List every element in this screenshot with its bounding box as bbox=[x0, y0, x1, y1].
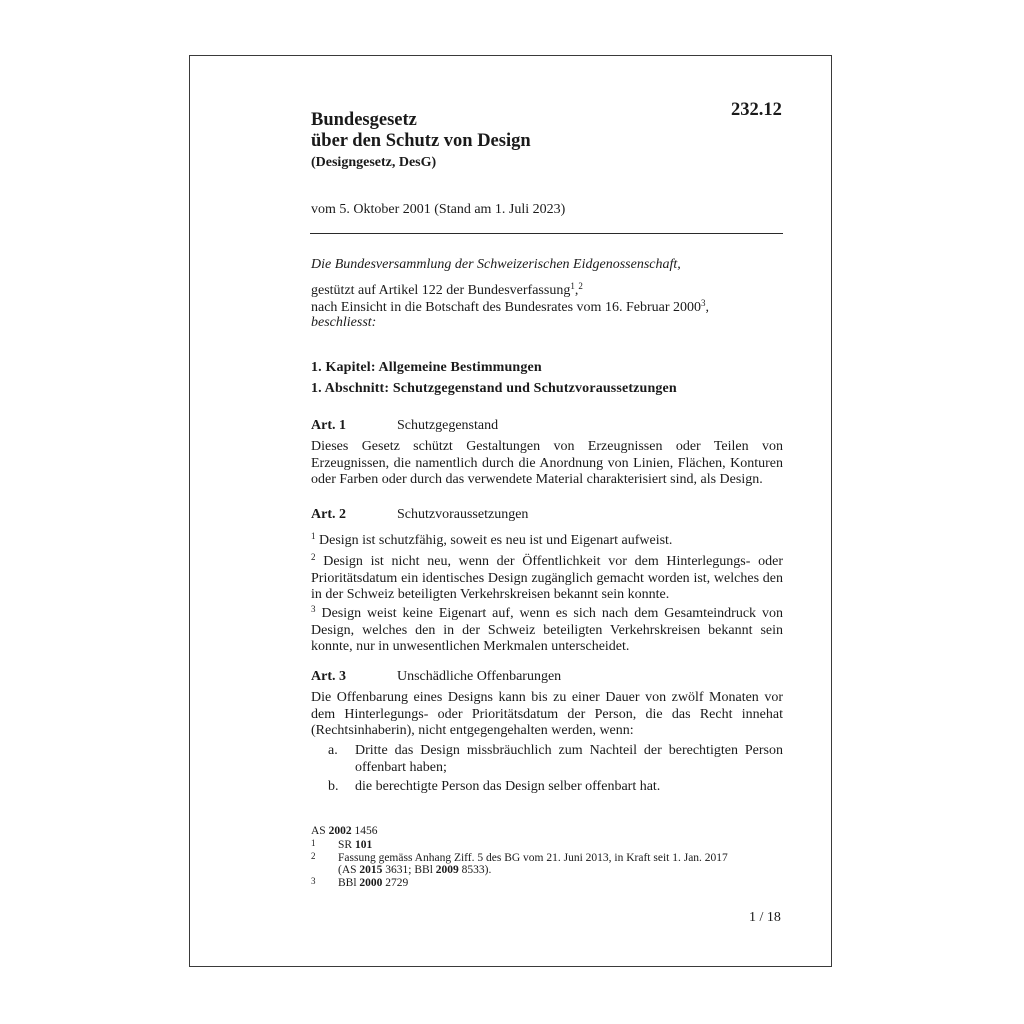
paragraph-number: 1 bbox=[311, 531, 316, 541]
article-1-paragraph: Dieses Gesetz schützt Gestaltungen von E… bbox=[311, 439, 783, 489]
preamble-text: nach Einsicht in die Botschaft des Bunde… bbox=[311, 300, 701, 315]
fn-part: BBl bbox=[338, 877, 359, 889]
list-marker: b. bbox=[328, 779, 339, 796]
as-year: 2002 bbox=[329, 825, 352, 837]
page-number: 1 / 18 bbox=[749, 910, 781, 926]
separator: , bbox=[705, 300, 709, 315]
section-heading: 1. Abschnitt: Schutzgegenstand und Schut… bbox=[311, 381, 677, 397]
footnote-mark: 2 bbox=[311, 850, 316, 862]
article-3-paragraph: Die Offenbarung eines Designs kann bis z… bbox=[311, 690, 783, 740]
as-prefix: AS bbox=[311, 825, 329, 837]
footnote-text: BBl 2000 2729 bbox=[338, 877, 408, 889]
list-text: die berechtigte Person das Design selber… bbox=[355, 779, 783, 796]
fn-part: 3631; BBl bbox=[382, 864, 435, 876]
preamble-line-4: beschliesst: bbox=[311, 314, 376, 331]
fn-part: 8533). bbox=[459, 864, 492, 876]
article-2-paragraph-2: 2 Design ist nicht neu, wenn der Öffentl… bbox=[311, 549, 783, 604]
list-marker: a. bbox=[328, 743, 338, 760]
fn-part: 2015 bbox=[359, 864, 382, 876]
article-1-title: Schutzgegenstand bbox=[397, 418, 498, 434]
article-3-title: Unschädliche Offenbarungen bbox=[397, 669, 561, 685]
article-2-number: Art. 2 bbox=[311, 507, 346, 523]
fn-part: 2000 bbox=[359, 877, 382, 889]
date-line: vom 5. Oktober 2001 (Stand am 1. Juli 20… bbox=[311, 202, 565, 218]
sr-number: 232.12 bbox=[731, 100, 782, 121]
paragraph-number: 3 bbox=[311, 604, 316, 614]
preamble-line-1: Die Bundesversammlung der Schweizerische… bbox=[311, 256, 681, 273]
paragraph-number: 2 bbox=[311, 552, 316, 562]
law-title-line-2: über den Schutz von Design bbox=[311, 131, 531, 152]
as-page: 1456 bbox=[352, 825, 378, 837]
article-2-paragraph-3: 3 Design weist keine Eigenart auf, wenn … bbox=[311, 601, 783, 656]
footnote-ref-2[interactable]: 2 bbox=[578, 281, 583, 291]
paragraph-text: Design ist nicht neu, wenn der Öffentlic… bbox=[311, 554, 783, 602]
preamble-line-3: nach Einsicht in die Botschaft des Bunde… bbox=[311, 295, 709, 316]
footnote-text: (AS 2015 3631; BBl 2009 8533). bbox=[338, 864, 491, 876]
chapter-heading: 1. Kapitel: Allgemeine Bestimmungen bbox=[311, 360, 542, 376]
header-divider bbox=[310, 233, 783, 234]
fn-part: 2009 bbox=[436, 864, 459, 876]
article-3-number: Art. 3 bbox=[311, 669, 346, 685]
law-short-title: (Designgesetz, DesG) bbox=[311, 155, 436, 171]
paragraph-text: Design weist keine Eigenart auf, wenn es… bbox=[311, 606, 783, 654]
article-2-title: Schutzvoraussetzungen bbox=[397, 507, 528, 523]
article-2-paragraph-1: 1 Design ist schutzfähig, soweit es neu … bbox=[311, 528, 783, 550]
footnote-text: Fassung gemäss Anhang Ziff. 5 des BG vom… bbox=[338, 852, 728, 864]
as-reference: AS 2002 1456 bbox=[311, 825, 377, 837]
article-1-number: Art. 1 bbox=[311, 418, 346, 434]
paragraph-text: Design ist schutzfähig, soweit es neu is… bbox=[319, 533, 672, 548]
list-text: Dritte das Design missbräuchlich zum Nac… bbox=[355, 743, 783, 776]
law-title-line-1: Bundesgesetz bbox=[311, 110, 417, 131]
fn-part: SR bbox=[338, 839, 355, 851]
footnote-mark: 3 bbox=[311, 875, 316, 887]
fn-part: (AS bbox=[338, 864, 359, 876]
fn-part: 2729 bbox=[382, 877, 408, 889]
fn-part: 101 bbox=[355, 839, 372, 851]
footnote-mark: 1 bbox=[311, 837, 316, 849]
footnote-text: SR 101 bbox=[338, 839, 372, 851]
